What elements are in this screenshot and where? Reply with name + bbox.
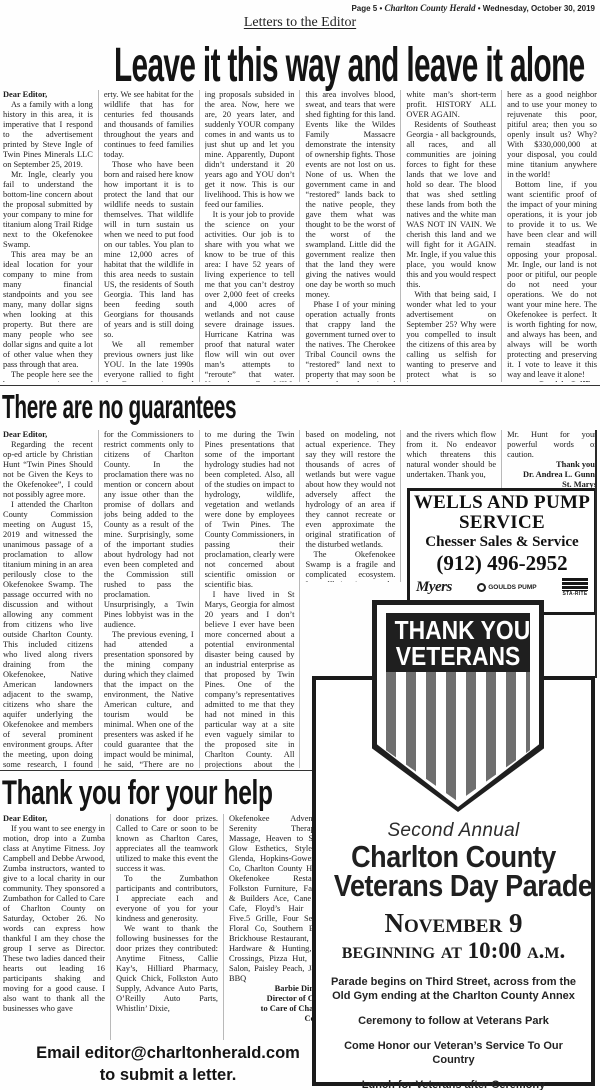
section-divider xyxy=(0,385,600,386)
text-column-3: ing proposals subsided in the area. Now,… xyxy=(205,90,301,382)
wells-ad-title-line2: SERVICE xyxy=(410,513,594,533)
paragraph: Mr. Hunt for your powerful words of caut… xyxy=(507,430,597,460)
paragraph: It is your job to provide the science on… xyxy=(205,210,295,382)
submit-letter-line: to submit a letter. xyxy=(0,1064,336,1086)
paragraph: Those who have been born and raised here… xyxy=(104,160,194,340)
myers-logo: Myers xyxy=(416,579,452,596)
wells-ad-phone: (912) 496-2952 xyxy=(410,551,594,575)
signature-line: Patricia Griffin, xyxy=(507,380,597,382)
parade-detail-lunch: Lunch for Veterans after Ceremony xyxy=(325,1078,582,1090)
paragraph: to me during the Twin Pines presentation… xyxy=(205,430,295,590)
paragraph: The people here see the beauty, serenity… xyxy=(3,370,93,382)
goulds-label: GOULDS PUMP xyxy=(488,584,536,591)
wells-and-pump-ad: WELLS AND PUMP SERVICE Chesser Sales & S… xyxy=(407,488,597,615)
parade-date: November 9 xyxy=(316,908,591,938)
parade-title-line1: Charlton County xyxy=(334,842,573,871)
paragraph: white man’s short-term profit. HISTORY A… xyxy=(406,90,496,120)
paragraph: erty. We see habitat for the wildlife th… xyxy=(104,90,194,160)
parade-detail-honor: Come Honor our Veteran’s Service To Our … xyxy=(325,1039,582,1067)
salutation: Dear Editor, xyxy=(3,814,105,824)
paragraph: I have lived in St Marys, Georgia for al… xyxy=(205,590,295,768)
paper-name: Charlton County Herald xyxy=(385,3,476,13)
wells-ad-brand-row: Myers GOULDS PUMP STA-RITE xyxy=(410,575,594,597)
wells-ad-business-name: Chesser Sales & Service xyxy=(410,533,594,551)
text-column-4: this area involves blood, sweat, and tea… xyxy=(305,90,401,382)
paragraph: and the rivers which flow from it. No en… xyxy=(406,430,496,480)
text-column-5: white man’s short-term profit. HISTORY A… xyxy=(406,90,502,382)
text-column-6: here as a good neighbor and to use your … xyxy=(507,90,597,382)
text-column-2: donations for door prizes. Called to Car… xyxy=(116,814,224,1040)
parade-title-line2: Veterans Day Parade xyxy=(334,871,573,900)
paragraph: donations for door prizes. Called to Car… xyxy=(116,814,218,874)
text-column-1: Dear Editor,Regarding the recent op-ed a… xyxy=(3,430,99,768)
section-title: Letters to the Editor xyxy=(0,15,600,31)
signature-line: Thank you, xyxy=(507,460,597,470)
paragraph: based on modeling, not actual experience… xyxy=(305,430,395,550)
article-leave-it-body: Dear Editor,As a family with a long hist… xyxy=(3,90,597,382)
paragraph: Regarding the recent op-ed article by Ch… xyxy=(3,440,93,500)
wells-ad-title-line1: WELLS AND PUMP xyxy=(410,493,594,513)
paragraph: ing proposals subsided in the area. Now,… xyxy=(205,90,295,210)
parade-time: beginning at 10:00 a.m. xyxy=(316,938,591,963)
text-column-4: based on modeling, not actual experience… xyxy=(305,430,401,582)
headline-thank-you: Thank you for your help xyxy=(2,774,273,813)
signature-line: Dr. Andrea L. Gunn, xyxy=(507,470,597,480)
text-column-2: for the Commissioners to restrict commen… xyxy=(104,430,200,768)
text-column-3: to me during the Twin Pines presentation… xyxy=(205,430,301,768)
sta-rite-label: STA-RITE xyxy=(562,591,587,597)
paragraph: Residents of Southeast Georgia - all bac… xyxy=(406,120,496,290)
text-column-1: Dear Editor,As a family with a long hist… xyxy=(3,90,99,382)
paragraph: Mr. Ingle, clearly you fail to understan… xyxy=(3,170,93,250)
submit-letter-note: Email editor@charltonherald.com to submi… xyxy=(0,1042,336,1086)
paragraph: Bottom line, if you want scientific proo… xyxy=(507,180,597,380)
goulds-pump-brand: GOULDS PUMP xyxy=(477,583,536,592)
text-column-1: Dear Editor,If you want to see energy in… xyxy=(3,814,111,1040)
salutation: Dear Editor, xyxy=(3,430,93,440)
paragraph: To the Zumbathon participants and contri… xyxy=(116,874,218,924)
page-header: Page 5 • Charlton County Herald • Wednes… xyxy=(351,3,595,13)
parade-detail-route: Parade begins on Third Street, across fr… xyxy=(325,975,582,1003)
parade-detail-ceremony: Ceremony to follow at Veterans Park xyxy=(325,1014,582,1028)
salutation: Dear Editor, xyxy=(3,90,93,100)
paragraph: If you want to see energy in motion, dro… xyxy=(3,824,105,1014)
paragraph: The Okefenokee Swamp is a fragile and co… xyxy=(305,550,395,582)
headline-leave-it-this-way: Leave it this way and leave it alone xyxy=(114,38,486,93)
paragraph: I attended the Charlton County Commissio… xyxy=(3,500,93,768)
paragraph: this area involves blood, sweat, and tea… xyxy=(305,90,395,300)
paragraph: With that being said, I wonder what led … xyxy=(406,290,496,382)
goulds-logo-icon xyxy=(477,583,486,592)
veterans-badge-line1: THANK YOU xyxy=(395,617,522,643)
paragraph: The previous evening, I had attended a p… xyxy=(104,630,194,768)
paragraph: This area may be an ideal location for y… xyxy=(3,250,93,370)
text-column-2: erty. We see habitat for the wildlife th… xyxy=(104,90,200,382)
page-edge-rule xyxy=(595,430,597,678)
sta-rite-logo-icon xyxy=(562,578,588,591)
paragraph: As a family with a long history in this … xyxy=(3,100,93,170)
issue-date: • Wednesday, October 30, 2019 xyxy=(478,4,595,13)
paragraph: We want to thank the following businesse… xyxy=(116,924,218,1014)
section-divider xyxy=(0,770,332,771)
parade-details: Parade begins on Third Street, across fr… xyxy=(316,975,591,1090)
paragraph: for the Commissioners to restrict commen… xyxy=(104,430,194,630)
sta-rite-brand: STA-RITE xyxy=(562,578,588,597)
editor-email: Email editor@charltonherald.com xyxy=(0,1042,336,1064)
paragraph: Phase I of your mining operation actuall… xyxy=(305,300,395,382)
headline-no-guarantees: There are no guarantees xyxy=(2,388,236,426)
page-number: Page 5 • xyxy=(351,4,382,13)
paragraph: We all remember previous owners just lik… xyxy=(104,340,194,382)
veterans-badge-banner: THANK YOU VETERANS xyxy=(386,613,530,672)
paragraph: here as a good neighbor and to use your … xyxy=(507,90,597,180)
veterans-badge-line2: VETERANS xyxy=(395,643,522,669)
article-thank-you-body: Dear Editor,If you want to see energy in… xyxy=(3,814,331,1040)
newspaper-page: Page 5 • Charlton County Herald • Wednes… xyxy=(0,0,600,1090)
